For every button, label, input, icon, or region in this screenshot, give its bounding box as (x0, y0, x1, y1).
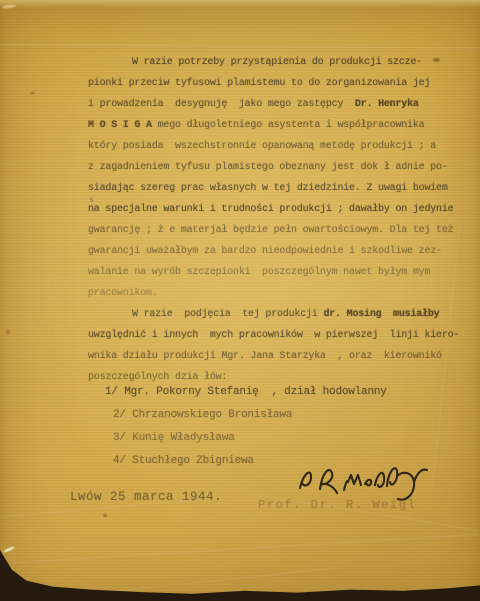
typewritten-line: wnika działu produkcji Mgr. Jana Starzyk… (88, 346, 453, 367)
list-item: 2/ Chrzanowskiego Bronisława (105, 404, 387, 427)
typewritten-line: M O S I G A mego długoletniego asystenta… (88, 115, 453, 136)
typewritten-line: walanie na wyrób szczepionki poszczególn… (88, 262, 453, 283)
paragraph-second: W razie podjęcia tej produkcji dr. Mosin… (88, 304, 453, 388)
typewritten-line: na specjalne warunki i trudności produkc… (88, 199, 453, 220)
date-place-line: Lwów 25 marca 1944. (70, 490, 222, 504)
typewritten-line: z zagadnieniem tyfusu plamistego obeznan… (88, 157, 453, 178)
typewritten-line: i prowadzenia desygnuję jako mego zastęp… (88, 94, 453, 115)
line-segment: 1/ Mgr. Pokorny Stefanię (105, 386, 259, 398)
typewritten-line: W razie podjęcia tej produkcji dr. Mosin… (88, 304, 453, 325)
typewritten-line: gwarancji uważałbym za bardzo nieodpowie… (88, 241, 453, 262)
typewritten-line: W razie potrzeby przystąpienia do produk… (88, 52, 453, 73)
typo-correction-mark: s (89, 196, 94, 205)
typewritten-line: który posiada wszechstronnie opanowaną m… (88, 136, 453, 157)
typewritten-line: gwarancję ; ż e materjał będzie pełn owa… (88, 220, 453, 241)
typed-signature-line: Prof. Dr. R. Weigl (258, 498, 416, 512)
typewritten-line: siadając szereg prac własnych w tej dzie… (88, 178, 453, 199)
scanned-document: W razie potrzeby przystąpienia do produk… (0, 0, 480, 601)
letter-content: W razie potrzeby przystąpienia do produk… (0, 0, 480, 601)
emphasized-name-mosing: dr. Mosing musiałby (323, 309, 439, 320)
line-segment: i prowadzenia desygnuję jako mego zastęp… (88, 99, 355, 110)
typewritten-line: pracownikom. (88, 283, 453, 304)
emphasized-name-mosig: M O S I G A (88, 120, 152, 131)
typewritten-line: uwzględnić i innych mych pracowników w p… (88, 325, 453, 346)
emphasized-name-dr-henryk: Dr. Henryka (355, 99, 419, 110)
list-item: 3/ Kunię Władysława (105, 427, 387, 450)
typewritten-line: pionki przeciw tyfusowi plamistemu to do… (88, 73, 453, 94)
paper-sheet: W razie potrzeby przystąpienia do produk… (0, 0, 480, 601)
list-item: 1/ Mgr. Pokorny Stefanię , dział hodowla… (105, 381, 387, 404)
line-segment: W razie podjęcia tej produkcji (132, 309, 323, 320)
line-segment: , dział hodowlanny (259, 386, 387, 398)
paragraph-opening: W razie potrzeby przystąpienia do produk… (88, 52, 453, 304)
line-segment: mego długoletniego asystenta i współprac… (152, 120, 425, 131)
